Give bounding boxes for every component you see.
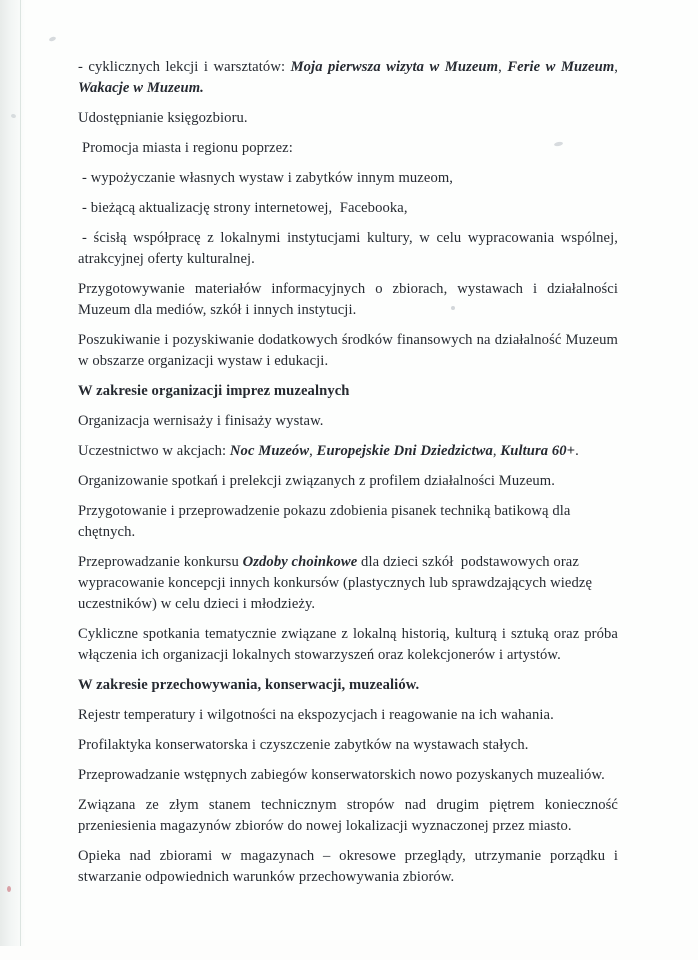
paragraph: Uczestnictwo w akcjach: Noc Muzeów, Euro… xyxy=(78,441,618,462)
text-run: Cykliczne spotkania tematycznie związane… xyxy=(78,626,618,663)
text-run: Związana ze złym stanem technicznym stro… xyxy=(78,797,618,834)
text-run: Poszukiwanie i pozyskiwanie dodatkowych … xyxy=(78,332,618,369)
emphasized-title: Europejskie Dni Dziedzictwa xyxy=(317,443,493,459)
document-text: - cyklicznych lekcji i warsztatów: Moja … xyxy=(78,57,618,897)
paragraph: Promocja miasta i regionu poprzez: xyxy=(78,138,618,159)
paragraph: Przygotowywanie materiałów informacyjnyc… xyxy=(78,279,618,321)
text-run: Przeprowadzanie wstępnych zabiegów konse… xyxy=(78,767,605,783)
emphasized-title: Ferie w Muzeum xyxy=(507,59,614,75)
text-run: Profilaktyka konserwatorska i czyszczeni… xyxy=(78,737,529,753)
text-run: Przeprowadzanie konkursu xyxy=(78,554,243,570)
text-run: Udostępnianie księgozbioru. xyxy=(78,110,248,126)
text-run: , xyxy=(614,59,618,75)
text-run: - cyklicznych lekcji i warsztatów: xyxy=(78,59,291,75)
paragraph: Opieka nad zbiorami w magazynach – okres… xyxy=(78,846,618,888)
scan-edge-shadow xyxy=(0,0,26,946)
paragraph: Organizacja wernisaży i finisaży wystaw. xyxy=(78,411,618,432)
text-run: Przygotowywanie materiałów informacyjnyc… xyxy=(78,281,618,318)
paragraph: Cykliczne spotkania tematycznie związane… xyxy=(78,624,618,666)
text-run: Rejestr temperatury i wilgotności na eks… xyxy=(78,707,554,723)
scan-edge-line xyxy=(20,0,21,946)
text-run: W zakresie przechowywania, konserwacji, … xyxy=(78,677,419,693)
text-run: Organizacja wernisaży i finisaży wystaw. xyxy=(78,413,324,429)
paragraph: Przeprowadzanie konkursu Ozdoby choinkow… xyxy=(78,552,618,615)
text-run: Promocja miasta i regionu poprzez: xyxy=(82,140,293,156)
paragraph: - wypożyczanie własnych wystaw i zabytkó… xyxy=(78,168,618,189)
paragraph: Poszukiwanie i pozyskiwanie dodatkowych … xyxy=(78,330,618,372)
paragraph: Organizowanie spotkań i prelekcji związa… xyxy=(78,471,618,492)
paragraph: Udostępnianie księgozbioru. xyxy=(78,108,618,129)
paragraph: - cyklicznych lekcji i warsztatów: Moja … xyxy=(78,57,618,99)
section-heading: W zakresie przechowywania, konserwacji, … xyxy=(78,675,618,696)
text-run: - wypożyczanie własnych wystaw i zabytkó… xyxy=(82,170,453,186)
text-run: . xyxy=(575,443,579,459)
paragraph: - bieżącą aktualizację strony internetow… xyxy=(78,198,618,219)
text-run: W zakresie organizacji imprez muzealnych xyxy=(78,383,350,399)
paragraph: Rejestr temperatury i wilgotności na eks… xyxy=(78,705,618,726)
emphasized-title: Moja pierwsza wizyta w Muzeum xyxy=(291,59,499,75)
emphasized-title: Wakacje w Muzeum. xyxy=(78,80,204,96)
text-run: , xyxy=(498,59,507,75)
scan-speck xyxy=(7,886,11,892)
emphasized-title: Kultura 60+ xyxy=(500,443,575,459)
scanned-page: - cyklicznych lekcji i warsztatów: Moja … xyxy=(0,0,698,960)
text-run: Organizowanie spotkań i prelekcji związa… xyxy=(78,473,555,489)
text-run: Opieka nad zbiorami w magazynach – okres… xyxy=(78,848,618,885)
section-heading: W zakresie organizacji imprez muzealnych xyxy=(78,381,618,402)
text-run: , xyxy=(309,443,317,459)
emphasized-title: Ozdoby choinkowe xyxy=(243,554,358,570)
text-run: Przygotowanie i przeprowadzenie pokazu z… xyxy=(78,503,574,540)
emphasized-title: Noc Muzeów xyxy=(230,443,309,459)
text-run: - ścisłą współpracę z lokalnymi instytuc… xyxy=(78,230,618,267)
paragraph: - ścisłą współpracę z lokalnymi instytuc… xyxy=(78,228,618,270)
paragraph: Przygotowanie i przeprowadzenie pokazu z… xyxy=(78,501,618,543)
paragraph: Przeprowadzanie wstępnych zabiegów konse… xyxy=(78,765,618,786)
text-run: - bieżącą aktualizację strony internetow… xyxy=(82,200,408,216)
paragraph: Profilaktyka konserwatorska i czyszczeni… xyxy=(78,735,618,756)
paragraph: Związana ze złym stanem technicznym stro… xyxy=(78,795,618,837)
text-run: Uczestnictwo w akcjach: xyxy=(78,443,230,459)
